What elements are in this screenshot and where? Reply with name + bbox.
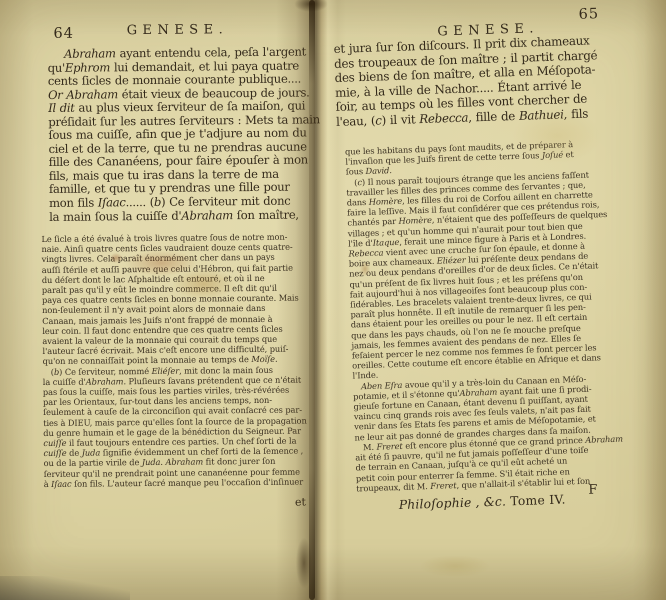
text-line: à Iſaac ſon fils. L'auteur ſacré manque … bbox=[44, 476, 314, 489]
left-page: 64 GENESE. Abraham ayant entendu cela, p… bbox=[0, 0, 300, 600]
page-number: 65 bbox=[578, 6, 599, 23]
right-page-content: GENESE. 65 et jura ſur ſon diſcours. Il … bbox=[290, 0, 666, 600]
volume-footer: Philoſophie , &c. Tome IV. bbox=[399, 493, 566, 513]
footnote-text: que les habitans du pays ſont maudits, e… bbox=[345, 137, 652, 494]
text-line: la main ſous la cuiſſe d'Abraham ſon maî… bbox=[49, 208, 307, 224]
book-spread: 64 GENESE. Abraham ayant entendu cela, p… bbox=[0, 0, 666, 600]
running-title: GENESE. bbox=[97, 22, 257, 39]
left-page-content: 64 GENESE. Abraham ayant entendu cela, p… bbox=[0, 0, 303, 600]
footnote-text: Le ſicle a été évalué à trois livres qua… bbox=[41, 231, 313, 489]
body-text: et jura ſur ſon diſcours. Il prit dix ch… bbox=[333, 32, 622, 129]
signature-mark: F bbox=[588, 482, 598, 497]
right-page: GENESE. 65 et jura ſur ſon diſcours. Il … bbox=[300, 0, 666, 600]
page-number: 64 bbox=[53, 26, 74, 42]
body-text: Abraham ayant entendu cela, peſa l'argen… bbox=[48, 45, 308, 224]
catchword: et bbox=[240, 496, 306, 510]
